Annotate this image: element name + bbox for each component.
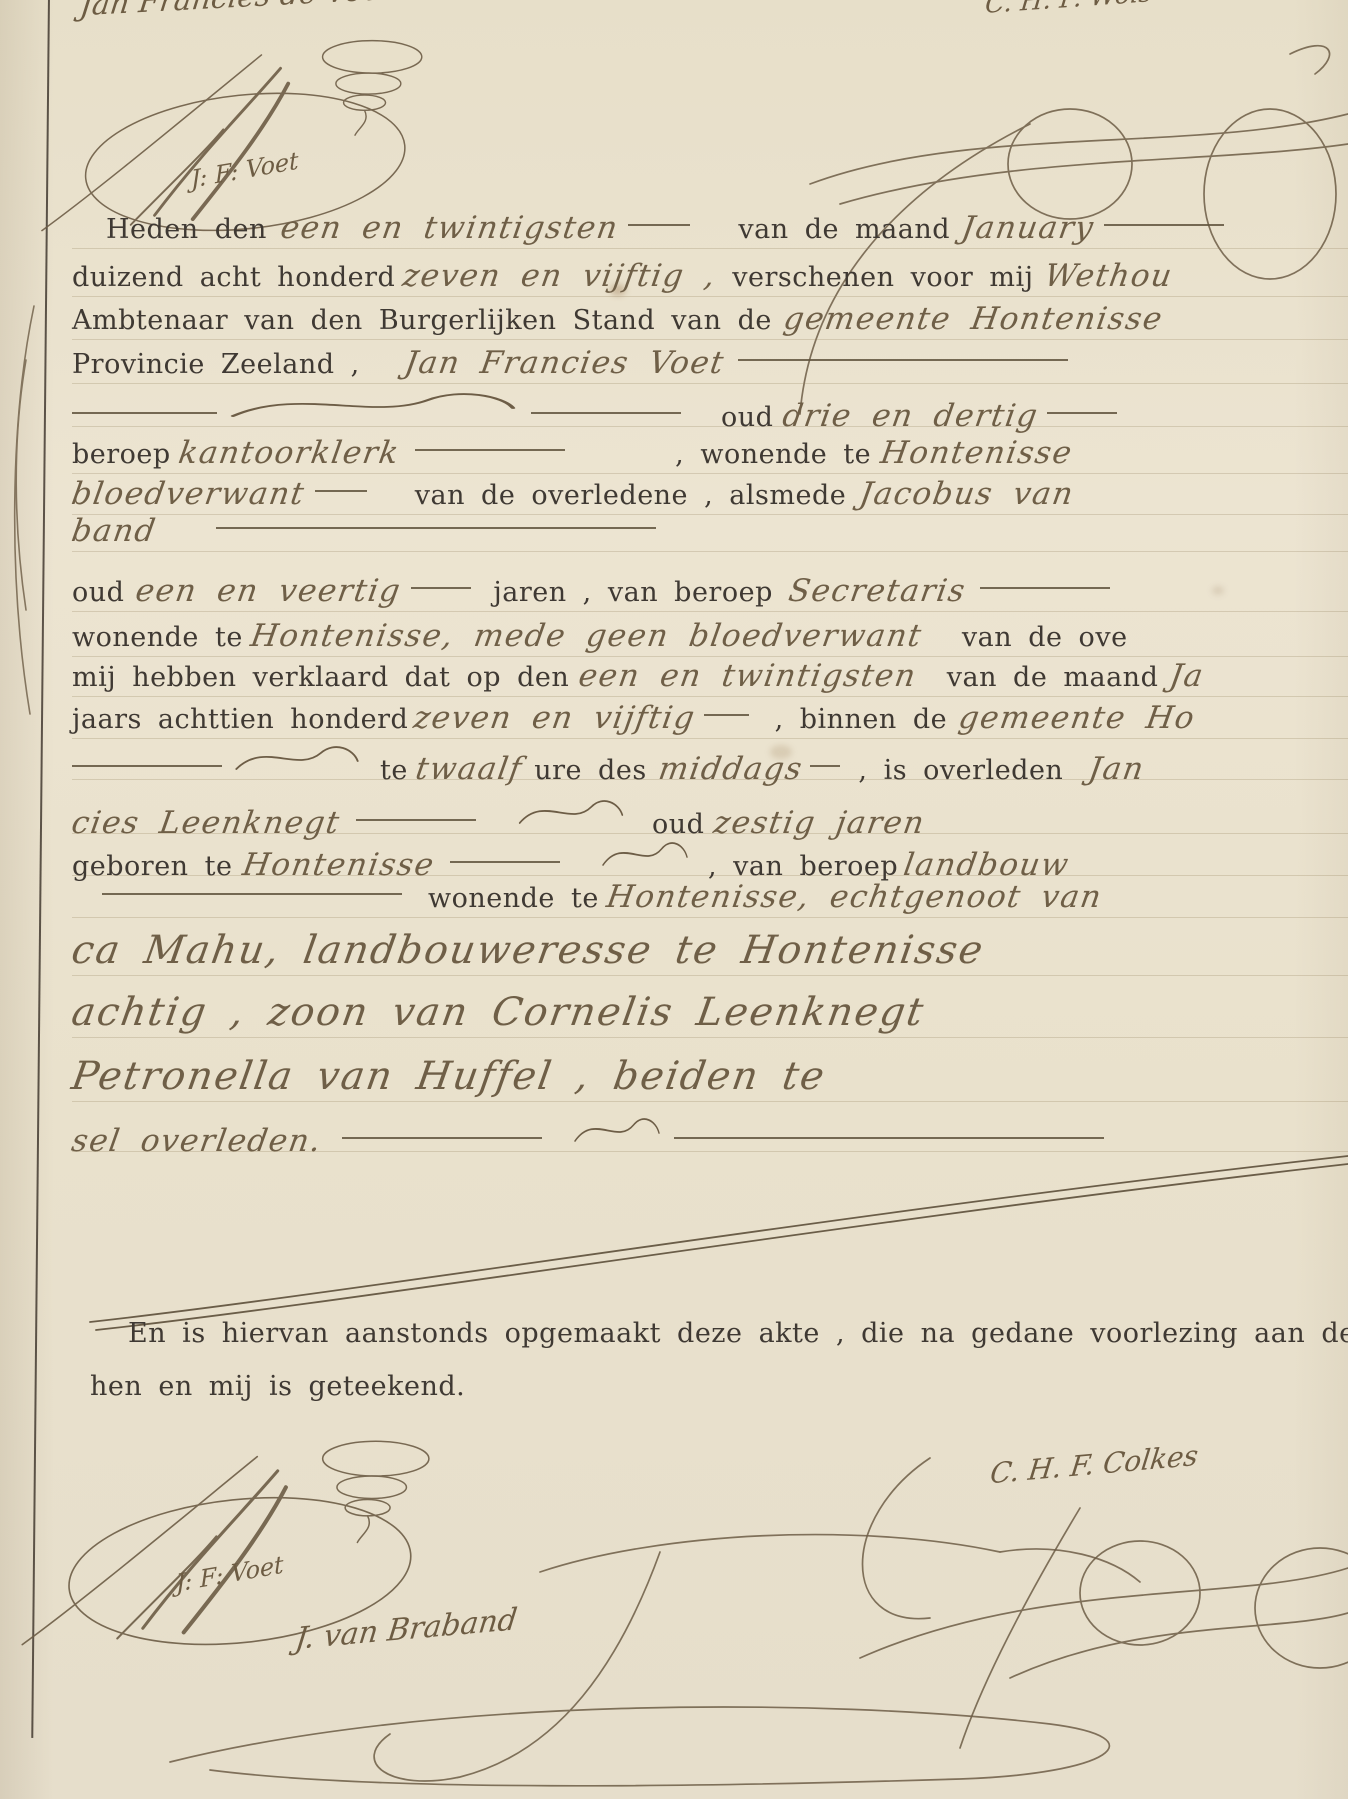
handwritten-entry: Petronella van Huffel , beiden te [68, 1053, 829, 1101]
printed-form-text: Ambtenaar van den Burgerlijken Stand van… [72, 305, 772, 336]
ink-filler-line [531, 412, 681, 414]
closing-sentence-line2: hen en mij is geteekend. [90, 1367, 465, 1407]
ink-filler-line [72, 765, 222, 767]
handwritten-entry: January [959, 208, 1097, 248]
ink-filler-line [628, 224, 690, 226]
printed-form-text: van de ove [962, 622, 1128, 653]
ink-filler-line [342, 1137, 542, 1139]
closing-sentence-line1: En is hiervan aanstonds opgemaakt deze a… [128, 1314, 1348, 1354]
form-line: ca Mahu, landbouweresse te Hontenisse [72, 927, 1348, 976]
form-line: wonende teHontenisse, echtgenoot van [72, 877, 1348, 918]
printed-form-text: , is overleden [858, 755, 1063, 786]
printed-form-text: jaars achttien honderd [72, 704, 408, 735]
signature-fragment-top-left: Jan Francies de Voet [78, 0, 395, 23]
handwritten-entry: Ja [1167, 656, 1207, 696]
printed-form-text: van de overledene , alsmede [415, 480, 846, 511]
form-line: ouddrie en dertig [72, 386, 1348, 427]
handwritten-entry: Jan Francies Voet [402, 343, 728, 383]
printed-form-text: wonende te [72, 622, 243, 653]
edge-flourish [0, 300, 44, 720]
ink-filler-line [704, 714, 749, 716]
form-line: tetwaalfure desmiddags, is overledenJan [72, 739, 1348, 780]
ink-filler-line [102, 893, 402, 895]
printed-form-text: ure des [534, 755, 646, 786]
handwritten-entry: middags [656, 749, 806, 789]
printed-form-text: te [380, 755, 408, 786]
ink-filler-line [738, 359, 1068, 361]
form-line: Petronella van Huffel , beiden te [72, 1053, 1348, 1102]
printed-form-text: Heden den [106, 214, 267, 245]
ink-filler-line [810, 765, 840, 767]
handwritten-entry: zeven en vijftig [411, 698, 699, 738]
handwritten-entry: Secretaris [786, 571, 969, 611]
form-line: Ambtenaar van den Burgerlijken Stand van… [72, 299, 1348, 340]
handwritten-entry: Hontenisse, mede geen bloedverwant [248, 616, 925, 656]
printed-form-text: oud [721, 402, 773, 433]
handwritten-entry: Hontenisse, echtgenoot van [604, 877, 1105, 917]
form-line: Heden deneen en twintigstenvan de maandJ… [72, 208, 1348, 249]
handwritten-entry: Jacobus van [857, 474, 1077, 514]
printed-form-text: van de maand [738, 214, 950, 245]
handwritten-entry: een en twintigsten [576, 656, 920, 696]
ink-filler-line [415, 449, 565, 451]
ink-filler-line [1104, 224, 1224, 226]
form-line: achtig , zoon van Cornelis Leenknegt [72, 989, 1348, 1038]
handwritten-entry: ca Mahu, landbouweresse te Hontenisse [68, 927, 988, 975]
ink-filler-line [315, 490, 367, 492]
printed-form-text: duizend acht honderd [72, 262, 395, 293]
handwritten-entry: bloedverwant [69, 474, 308, 514]
handwritten-entry: een en veertig [133, 571, 404, 611]
ink-filler-line [216, 527, 656, 529]
handwritten-entry: zeven en vijftig , [400, 256, 719, 296]
handwritten-entry: gemeente Ho [956, 698, 1198, 738]
pen-flourish [223, 386, 523, 437]
ink-filler-line [674, 1137, 1104, 1139]
printed-form-text: jaren , van beroep [493, 577, 773, 608]
printed-form-text: mij hebben verklaard dat op den [72, 662, 569, 693]
printed-form-text: wonende te [428, 883, 599, 914]
printed-form-text: Provincie Zeeland , [72, 349, 360, 380]
printed-form-text: oud [72, 577, 124, 608]
handwritten-entry: Hontenisse [878, 433, 1076, 473]
death-record-document-page: Jan Francies de Voet C. H. F. Wols [0, 0, 1348, 1799]
printed-form-text: beroep [72, 439, 171, 470]
ink-filler-line [1047, 412, 1117, 414]
closing-diagonal-stroke [60, 1130, 1348, 1340]
pen-flourish [232, 739, 362, 790]
form-line: sel overleden. [72, 1111, 1348, 1152]
handwritten-entry: twaalf [413, 749, 526, 789]
form-line: cies Leenknegtoudzestig jaren [72, 793, 1348, 834]
form-line: jaars achttien honderdzeven en vijftig, … [72, 698, 1348, 739]
form-line: mij hebben verklaard dat op deneen en tw… [72, 656, 1348, 697]
form-line: bloedverwantvan de overledene , alsmedeJ… [72, 474, 1348, 515]
form-line: beroepkantoorklerk, wonende teHontenisse [72, 433, 1348, 474]
printed-form-text: verschenen voor mij [732, 262, 1033, 293]
handwritten-entry: een en twintigsten [278, 208, 622, 248]
form-line: band [72, 511, 1348, 552]
handwritten-entry: Wethou [1042, 256, 1176, 296]
ink-filler-line [72, 412, 217, 414]
handwritten-entry: sel overleden. [69, 1121, 325, 1161]
form-line: wonende teHontenisse, mede geen bloedver… [72, 616, 1348, 657]
pen-flourish [572, 1111, 662, 1162]
ink-filler-line [356, 819, 476, 821]
form-line: Provincie Zeeland ,Jan Francies Voet [72, 343, 1348, 384]
form-line: geboren teHontenisse, van beroeplandbouw [72, 835, 1348, 876]
handwritten-entry: kantoorklerk [176, 433, 403, 473]
handwritten-entry: gemeente Hontenisse [781, 299, 1166, 339]
handwritten-entry: drie en dertig [780, 396, 1042, 436]
printed-form-text: , binnen de [775, 704, 948, 735]
form-line: duizend acht honderdzeven en vijftig ,ve… [72, 256, 1348, 297]
ink-filler-line [411, 587, 471, 589]
printed-form-text: , wonende te [675, 439, 871, 470]
ink-filler-line [450, 861, 560, 863]
printed-form-text: van de maand [947, 662, 1159, 693]
handwritten-entry: achtig , zoon van Cornelis Leenknegt [68, 989, 928, 1037]
handwritten-entry: Jan [1086, 749, 1148, 789]
handwritten-entry: band [69, 511, 159, 551]
form-line: oudeen en veertigjaren , van beroepSecre… [72, 571, 1348, 612]
ink-filler-line [980, 587, 1110, 589]
